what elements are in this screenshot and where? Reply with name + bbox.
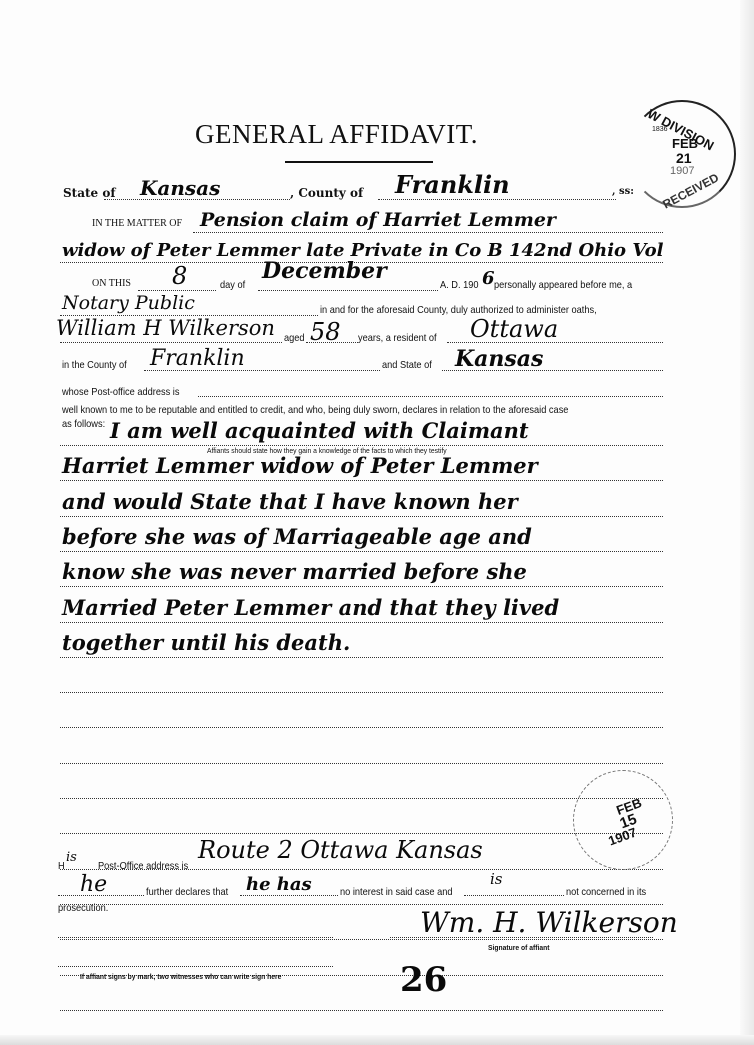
- statement-line: know she was never married before she: [62, 559, 527, 584]
- residence-field: Ottawa: [470, 315, 558, 343]
- ad-label: A. D. 190: [440, 279, 479, 291]
- resident-label: years, a resident of: [358, 332, 437, 344]
- affiant-signature: Wm. H. Wilkerson: [420, 906, 678, 939]
- affiant-county-field: Franklin: [150, 346, 245, 371]
- statement-line: Married Peter Lemmer and that they lived: [62, 595, 559, 620]
- stamp-month: FEB: [672, 136, 698, 151]
- age-field: 58: [310, 318, 341, 346]
- matter-line-1: [193, 232, 663, 233]
- appeared-label: personally appeared before me, a: [494, 279, 632, 291]
- month-field: December: [262, 258, 387, 284]
- declaration-intro-2: as follows:: [62, 418, 105, 430]
- day-field-line: [138, 290, 216, 291]
- is-field: is: [490, 870, 503, 888]
- state-label: State of: [63, 186, 116, 200]
- affiant-state-field: Kansas: [455, 346, 543, 372]
- year-digit-field: 6: [482, 268, 495, 289]
- stamp-bottom-year: 1907: [606, 825, 638, 849]
- day-field: 8: [172, 262, 187, 290]
- statement-rule: [60, 586, 663, 587]
- statement-rule: [60, 622, 663, 623]
- stamp-day: 21: [676, 150, 692, 166]
- witness-line-2: [58, 966, 333, 967]
- aged-label: aged: [284, 332, 305, 344]
- statement-rule: [60, 445, 663, 446]
- statement-rule: [60, 833, 663, 834]
- witness-caption: If affiant signs by mark, two witnesses …: [80, 972, 281, 981]
- stamp-year: 1907: [670, 165, 694, 177]
- title-underline: [285, 161, 433, 163]
- matter-label: In the matter of: [92, 218, 182, 229]
- statement-rule: [60, 551, 663, 552]
- statement-rule: [60, 480, 663, 481]
- statement-rule: [60, 1010, 663, 1011]
- declaration-intro-1: well known to me to be reputable and ent…: [62, 404, 568, 416]
- statement-line: Harriet Lemmer widow of Peter Lemmer: [62, 453, 538, 478]
- statement-rule: [60, 904, 663, 905]
- county-label: , County of: [290, 186, 363, 200]
- statement-rule: [60, 657, 663, 658]
- statement-line: I am well acquainted with Claimant: [110, 418, 529, 443]
- statement-line: and would State that I have known her: [62, 489, 518, 514]
- further-label: further declares that: [146, 886, 228, 898]
- affidavit-page: GENERAL AFFIDAVIT. W DIVISION 1836 FEB 2…: [0, 0, 754, 1045]
- statement-rule: [60, 692, 663, 693]
- month-field-line: [258, 290, 438, 291]
- closing-postoffice-label: Post-Office address is: [98, 860, 188, 872]
- statement-rule: [60, 727, 663, 728]
- affiant-name-line: [60, 342, 282, 343]
- matter-field-1: Pension claim of Harriet Lemmer: [200, 209, 556, 231]
- is-field-line: [464, 895, 564, 896]
- received-stamp-bottom: FEB 15 1907: [573, 770, 673, 870]
- county-field-line: [378, 199, 616, 200]
- statement-rule: [60, 798, 663, 799]
- pronoun-field: he: [80, 872, 107, 897]
- page-number: 26: [400, 960, 447, 1000]
- ss-label: , ss:: [612, 186, 634, 197]
- document-title: GENERAL AFFIDAVIT.: [195, 119, 478, 150]
- affiant-signature-caption: Signature of affiant: [488, 943, 550, 952]
- postoffice-field-line: [198, 396, 663, 397]
- day-of-label: day of: [220, 279, 245, 291]
- statement-rule: [60, 939, 663, 940]
- closing-postoffice-line: [198, 869, 663, 870]
- concerned-label: not concerned in its: [566, 886, 646, 898]
- county-field: Franklin: [395, 170, 510, 199]
- witness-line-1: [58, 937, 333, 938]
- statement-rule: [60, 516, 663, 517]
- statement-line: before she was of Marriageable age and: [62, 524, 532, 549]
- has-field-line: [240, 895, 338, 896]
- on-this-label: On this: [92, 278, 131, 289]
- has-field: he has: [246, 874, 312, 895]
- statement-line: together until his death.: [62, 630, 350, 655]
- page-edge-right: [740, 0, 754, 1045]
- postoffice-label: whose Post-office address is: [62, 386, 179, 398]
- closing-postoffice-field: Route 2 Ottawa Kansas: [198, 836, 483, 864]
- received-stamp-top: W DIVISION 1836 FEB 21 1907 RECEIVED: [628, 100, 736, 208]
- statement-rule: [60, 763, 663, 764]
- his-prefix: H: [58, 860, 65, 872]
- page-edge-bottom: [0, 1035, 754, 1045]
- his-suffix-field: is: [66, 850, 77, 865]
- stamp-small: 1836: [652, 126, 668, 133]
- state-field: Kansas: [140, 176, 220, 200]
- interest-label: no interest in said case and: [340, 886, 453, 898]
- affiant-name-field: William H Wilkerson: [56, 316, 275, 340]
- officer-title-field: Notary Public: [62, 292, 195, 314]
- affiant-county-label: in the County of: [62, 359, 127, 371]
- affiant-state-label: and State of: [382, 359, 432, 371]
- prosecution-label: prosecution.: [58, 902, 108, 914]
